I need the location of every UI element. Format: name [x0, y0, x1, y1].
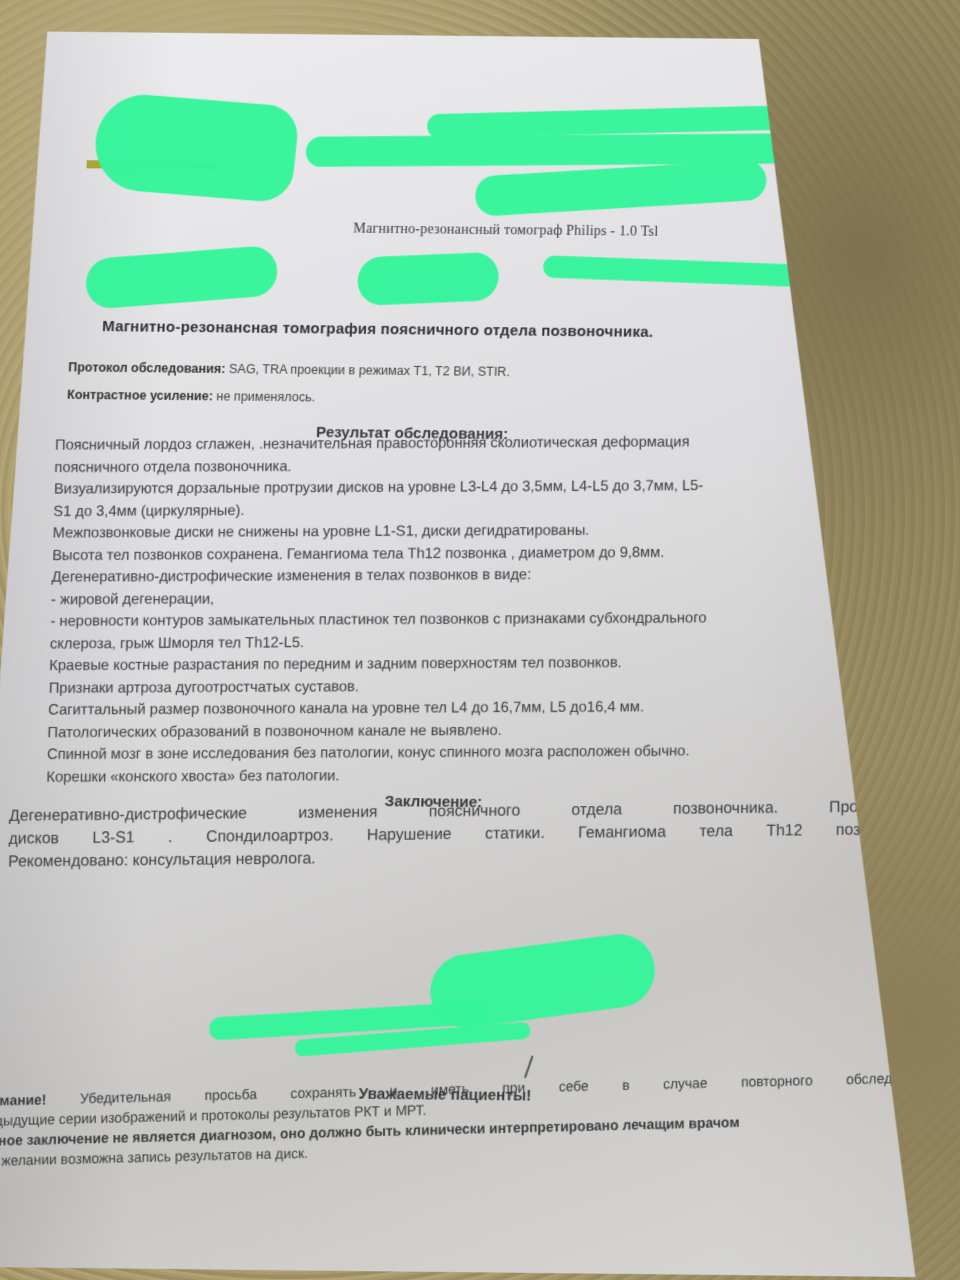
results-line: Корешки «конского хвоста» без патологии.	[46, 763, 705, 789]
device-line: Магнитно-резонансный томограф Philips - …	[353, 221, 658, 240]
results-line: Поясничный лордоз сглажен, .незначительн…	[55, 432, 709, 457]
contrast-line: Контрастное усиление: не применялось.	[67, 388, 316, 405]
protocol-value: SAG, TRA проекции в режимах T1, T2 ВИ, S…	[225, 362, 510, 379]
conclusion-body: Дегенеративно-дистрофические изменения п…	[8, 796, 907, 874]
protocol-line: Протокол обследования: SAG, TRA проекции…	[68, 360, 510, 379]
signature-stroke	[524, 1056, 534, 1079]
results-line: Краевые костные разрастания по передним …	[49, 652, 706, 678]
redaction-exam-date	[357, 252, 499, 306]
report-title: Магнитно-резонансная томография поясничн…	[102, 318, 654, 341]
results-line: Визуализируются дорзальные протрузии дис…	[54, 476, 708, 501]
redaction-birth-date	[543, 255, 890, 290]
redaction-signature-2	[427, 930, 659, 1032]
notice-body: Внимание! Убедительная просьба сохранять…	[0, 1069, 939, 1173]
contrast-label: Контрастное усиление:	[67, 388, 213, 404]
results-body: Поясничный лордоз сглажен, .незначительн…	[46, 432, 708, 789]
document-content: Магнитно-резонансный томограф Philips - …	[0, 31, 940, 1277]
redaction-logo	[91, 91, 301, 203]
document-sheet: Магнитно-резонансный томограф Philips - …	[0, 31, 940, 1277]
protocol-label: Протокол обследования:	[68, 360, 226, 376]
results-line: Сагиттальный размер позвоночного канала …	[48, 697, 706, 723]
results-line: Высота тел позвонков сохранена. Гемангио…	[52, 542, 707, 568]
contrast-value: не применялось.	[213, 389, 316, 404]
results-line: Спинной мозг в зоне исследования без пат…	[47, 741, 706, 767]
results-line: - неровности контуров замыкательных плас…	[50, 608, 706, 634]
redaction-patient-name	[85, 245, 278, 310]
redaction-clinic-contacts	[475, 159, 768, 217]
attention-label: Внимание!	[0, 1092, 46, 1110]
